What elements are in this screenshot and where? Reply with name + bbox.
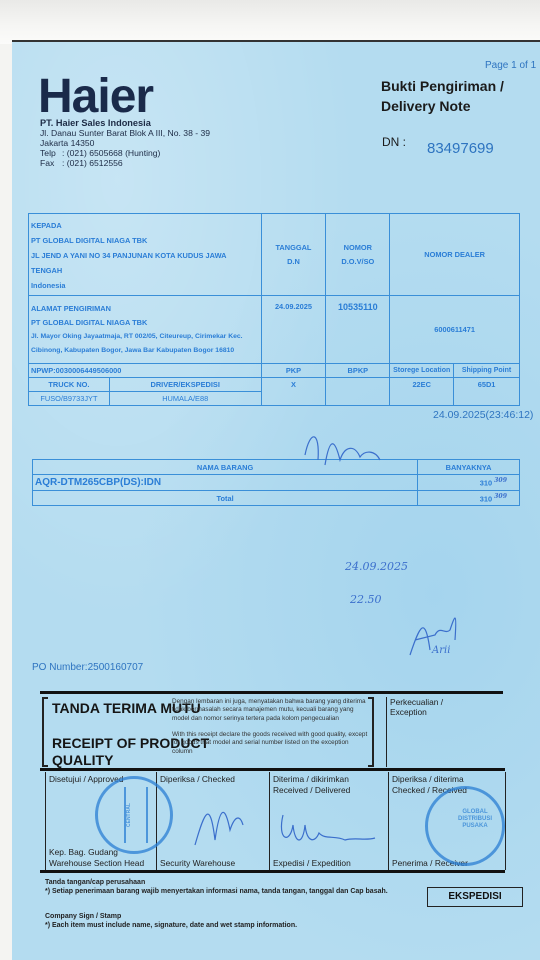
kepada-label: KEPADA (31, 218, 259, 233)
dn-number: 83497699 (427, 140, 494, 157)
storage-value: 22EC (390, 378, 454, 406)
delivered-signature (275, 805, 385, 850)
document-title: Bukti Pengiriman / Delivery Note (381, 76, 504, 116)
stamp-central: CENTRAL (126, 803, 132, 827)
handwritten-signature-top (290, 425, 400, 475)
handwritten-date: 24.09.2025 (345, 560, 408, 573)
truck-header: TRUCK NO. (29, 378, 110, 392)
nomor-header: NOMOR D.O.V/SO (326, 214, 390, 296)
approved-role-1: Kep. Bag. Gudang (49, 847, 118, 857)
divider-top (40, 691, 503, 694)
printed-total: 310 (480, 494, 492, 503)
shipping-name: PT GLOBAL DIGITAL NIAGA TBK (31, 316, 259, 330)
company-address-1: Jl. Danau Sunter Barat Blok A III, No. 3… (40, 128, 210, 138)
title-line-2: Delivery Note (381, 98, 470, 114)
tanggal-label: TANGGAL (264, 241, 324, 255)
bracket-right (368, 697, 374, 767)
checked-label: Diperiksa / Checked (160, 774, 235, 785)
stamp-pusaka: PUSAKA (462, 823, 487, 829)
scan-background (0, 0, 540, 44)
tanggal-sub-label: D.N (264, 255, 324, 269)
stamp-distribusi: DISTRIBUSI (458, 816, 492, 822)
goods-table: NAMA BARANG BANYAKNYA AQR-DTM265CBP(DS):… (32, 459, 520, 506)
received-label-1: Diperiksa / diterima (392, 774, 464, 784)
goods-row: AQR-DTM265CBP(DS):IDN 310 309 (33, 475, 520, 491)
fax-value: : (021) 6512556 (62, 158, 123, 168)
shipping-point-header: Shipping Point (454, 364, 520, 378)
delivered-label: Diterima / dikirimkan Received / Deliver… (273, 774, 350, 796)
recipient-name: PT GLOBAL DIGITAL NIAGA TBK (31, 233, 259, 248)
divider-middle (40, 768, 505, 771)
warehouse-stamp: CENTRAL (95, 776, 173, 854)
bpkp-value (326, 378, 390, 406)
exception-box: Perkecualian / Exception (386, 697, 508, 767)
footer-line-3: Company Sign / Stamp (45, 913, 121, 920)
shipping-cell: ALAMAT PENGIRIMAN PT GLOBAL DIGITAL NIAG… (29, 296, 262, 364)
page-indicator: Page 1 of 1 (485, 60, 536, 71)
shipping-address-1: Jl. Mayor Oking Jayaatmaja, RT 002/05, C… (31, 330, 259, 344)
tanggal-value: 24.09.2025 (261, 296, 326, 364)
pkp-value: X (261, 378, 326, 406)
receiver-stamp: GLOBAL DISTRIBUSI PUSAKA (425, 786, 505, 866)
dealer-value: 6000611471 (390, 296, 520, 364)
company-name: PT. Haier Sales Indonesia (40, 118, 151, 128)
footer-line-2: *) Setiap penerimaan barang wajib menyer… (45, 888, 388, 895)
footer-note-id: Tanda tangan/cap perusahaan *) Setiap pe… (45, 878, 388, 896)
storage-header: Storege Location (390, 364, 454, 378)
copy-label: EKSPEDISI (427, 887, 523, 907)
goods-item-name: AQR-DTM265CBP(DS):IDN (33, 475, 418, 491)
truck-value: FUSO/B9733JYT (29, 392, 110, 406)
nomor-sub-label: D.O.V/SO (328, 255, 387, 269)
divider-bottom (40, 870, 505, 873)
handwritten-total: 309 (494, 493, 507, 500)
nomor-label: NOMOR (328, 241, 387, 255)
driver-header: DRIVER/EKSPEDISI (109, 378, 261, 392)
po-number: PO Number:2500160707 (32, 662, 143, 673)
dealer-header: NOMOR DEALER (390, 214, 520, 296)
footer-note-en: Company Sign / Stamp *) Each item must i… (45, 912, 297, 930)
approved-role-2: Warehouse Section Head (49, 858, 144, 868)
recipient-address: JL JEND A YANI NO 34 PANJUNAN KOTA KUDUS… (31, 248, 259, 278)
total-label: Total (33, 491, 418, 506)
delivered-role: Expedisi / Expedition (273, 858, 351, 869)
tanggal-header: TANGGAL D.N (261, 214, 326, 296)
nomor-value: 10535110 (326, 296, 390, 364)
haier-logo: Haier (38, 73, 153, 121)
checked-signature (185, 790, 245, 850)
checked-role: Security Warehouse (160, 858, 235, 869)
company-address-2: Jakarta 14350 (40, 138, 94, 148)
goods-item-qty: 310 309 (418, 475, 520, 491)
fax-label: Fax (40, 158, 62, 168)
stamp-global: GLOBAL (462, 809, 487, 815)
delivered-label-2: Received / Delivered (273, 785, 350, 795)
quality-text-en: With this receipt declare the goods rece… (172, 731, 368, 756)
telp-label: Telp (40, 148, 62, 158)
npwp-cell: NPWP:0030006449506000 (29, 364, 262, 378)
dn-label: DN : (382, 135, 406, 149)
shipping-label: ALAMAT PENGIRIMAN (31, 302, 259, 316)
handwritten-signature-right (405, 605, 465, 665)
printed-qty: 310 (480, 478, 492, 487)
handwritten-time: 22.50 (350, 593, 382, 606)
total-qty: 310 309 (418, 491, 520, 506)
driver-value: HUMALA/E88 (109, 392, 261, 406)
quality-text-id: Dengan lembaran ini juga, menyatakan bah… (172, 698, 368, 723)
telp-value: : (021) 6505668 (Hunting) (62, 148, 160, 158)
footer-line-1: Tanda tangan/cap perusahaan (45, 879, 145, 886)
title-line-1: Bukti Pengiriman / (381, 78, 504, 94)
quality-title-en-2: QUALITY (52, 752, 113, 768)
shipping-point-value: 65D1 (454, 378, 520, 406)
recipient-cell: KEPADA PT GLOBAL DIGITAL NIAGA TBK JL JE… (29, 214, 262, 296)
goods-qty-header: BANYAKNYA (418, 460, 520, 475)
handwritten-qty: 309 (494, 477, 507, 484)
bracket-left (42, 697, 48, 767)
recipient-country: Indonesia (31, 278, 259, 293)
bpkp-header: BPKP (326, 364, 390, 378)
shipping-address-2: Cibinong, Kabupaten Bogor, Jawa Bar Kabu… (31, 344, 259, 358)
pkp-header: PKP (261, 364, 326, 378)
delivery-info-table: KEPADA PT GLOBAL DIGITAL NIAGA TBK JL JE… (28, 213, 520, 406)
footer-line-4: *) Each item must include name, signatur… (45, 922, 297, 929)
print-timestamp: 24.09.2025(23:46:12) (433, 409, 533, 421)
handwritten-name: Arii (432, 645, 450, 656)
company-info: PT. Haier Sales Indonesia Jl. Danau Sunt… (40, 118, 210, 168)
delivered-label-1: Diterima / dikirimkan (273, 774, 349, 784)
